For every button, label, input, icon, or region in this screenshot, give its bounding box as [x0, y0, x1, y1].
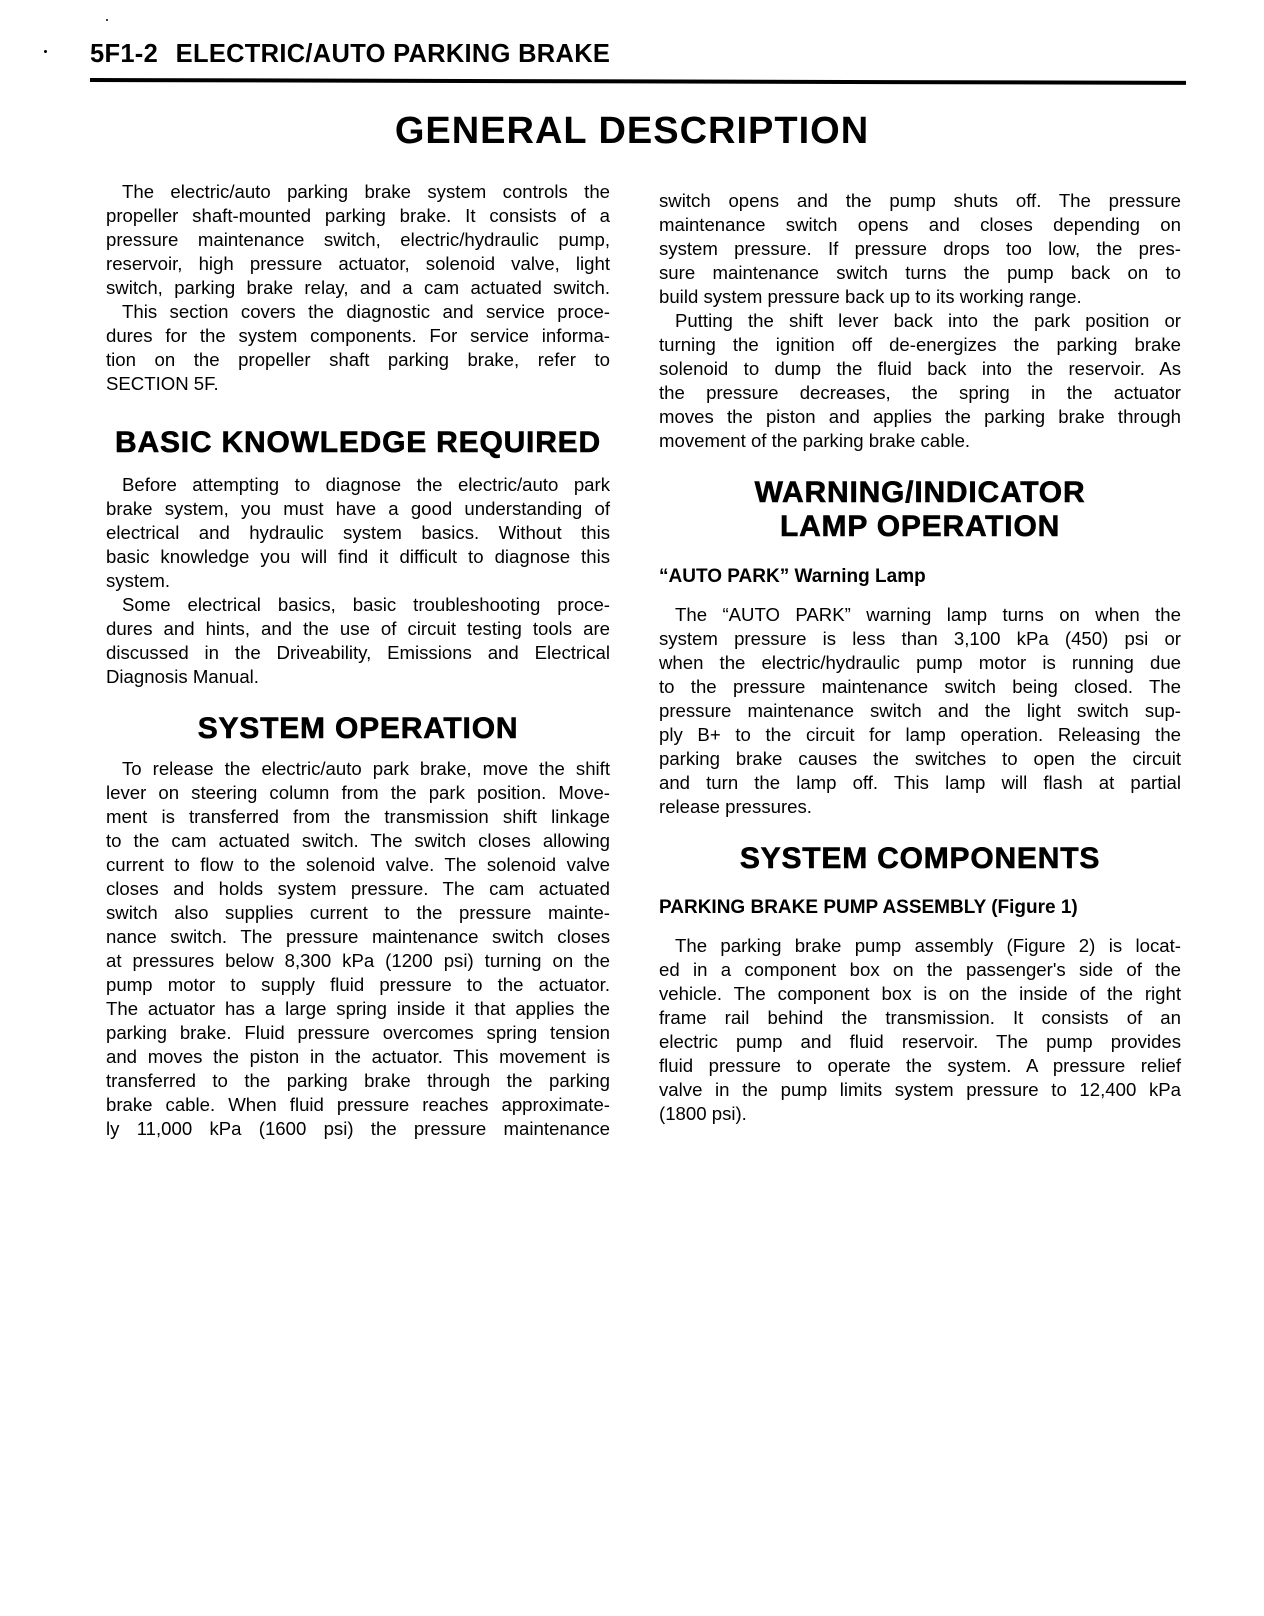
text-line: solenoid to dump the fluid back into the…	[659, 357, 1181, 381]
text-line: and moves the piston in the actuator. Th…	[106, 1045, 610, 1069]
warning-lamp-heading-line1: WARNING/INDICATOR	[659, 476, 1181, 510]
system-components-heading: SYSTEM COMPONENTS	[659, 842, 1181, 876]
page-number: 5F1-2	[90, 38, 158, 68]
text-line: fluid pressure to operate the system. A …	[659, 1054, 1181, 1078]
text-line: to the pressure maintenance switch being…	[659, 675, 1181, 699]
text-line: Some electrical basics, basic troublesho…	[106, 593, 610, 617]
text-line: vehicle. The component box is on the ins…	[659, 982, 1181, 1006]
text-line: reservoir, high pressure actuator, solen…	[106, 252, 610, 276]
warning-lamp-paragraph: The “AUTO PARK” warning lamp turns on wh…	[659, 603, 1181, 819]
text-line: lever on steering column from the park p…	[106, 781, 610, 805]
text-line: ed in a component box on the passenger's…	[659, 958, 1181, 982]
header-rule	[90, 78, 1186, 85]
text-line: Before attempting to diagnose the electr…	[106, 473, 610, 497]
text-line: valve in the pump limits system pressure…	[659, 1078, 1181, 1102]
text-line: SECTION 5F.	[106, 372, 610, 396]
text-line: electrical and hydraulic system basics. …	[106, 521, 610, 545]
text-line: Putting the shift lever back into the pa…	[659, 309, 1181, 333]
text-line: parking brake. Fluid pressure overcomes …	[106, 1021, 610, 1045]
basic-knowledge-heading: BASIC KNOWLEDGE REQUIRED	[106, 426, 610, 460]
text-line: nance switch. The pressure maintenance s…	[106, 925, 610, 949]
text-line: brake system, you must have a good under…	[106, 497, 610, 521]
system-operation-paragraph: To release the electric/auto park brake,…	[106, 757, 610, 1141]
text-line: switch, parking brake relay, and a cam a…	[106, 276, 610, 300]
text-line: turning the ignition off de-energizes th…	[659, 333, 1181, 357]
text-line: build system pressure back up to its wor…	[659, 285, 1181, 309]
text-line: sure maintenance switch turns the pump b…	[659, 261, 1181, 285]
system-operation-heading: SYSTEM OPERATION	[106, 712, 610, 746]
text-line: parking brake causes the switches to ope…	[659, 747, 1181, 771]
text-line: ment is transferred from the transmissio…	[106, 805, 610, 829]
text-line: at pressures below 8,300 kPa (1200 psi) …	[106, 949, 610, 973]
text-line: ly 11,000 kPa (1600 psi) the pressure ma…	[106, 1117, 610, 1141]
text-line: discussed in the Driveability, Emissions…	[106, 641, 610, 665]
text-line: release pressures.	[659, 795, 1181, 819]
text-line: maintenance switch opens and closes depe…	[659, 213, 1181, 237]
text-line: tion on the propeller shaft parking brak…	[106, 348, 610, 372]
text-line: switch opens and the pump shuts off. The…	[659, 189, 1181, 213]
text-line: ply B+ to the circuit for lamp operation…	[659, 723, 1181, 747]
text-line: The parking brake pump assembly (Figure …	[659, 934, 1181, 958]
text-line: moves the piston and applies the parking…	[659, 405, 1181, 429]
text-line: electric pump and fluid reservoir. The p…	[659, 1030, 1181, 1054]
text-line: pump motor to supply fluid pressure to t…	[106, 973, 610, 997]
text-line: movement of the parking brake cable.	[659, 429, 1181, 453]
text-line: switch also supplies current to the pres…	[106, 901, 610, 925]
text-line: The actuator has a large spring inside i…	[106, 997, 610, 1021]
running-header: 5F1-2ELECTRIC/AUTO PARKING BRAKE	[90, 38, 610, 69]
text-line: transferred to the parking brake through…	[106, 1069, 610, 1093]
system-operation-continued-paragraph: switch opens and the pump shuts off. The…	[659, 189, 1181, 453]
text-line: current to flow to the solenoid valve. T…	[106, 853, 610, 877]
text-line: basic knowledge you will find it difficu…	[106, 545, 610, 569]
text-line: and turn the lamp off. This lamp will fl…	[659, 771, 1181, 795]
text-line: to the cam actuated switch. The switch c…	[106, 829, 610, 853]
basic-knowledge-paragraph: Before attempting to diagnose the electr…	[106, 473, 610, 689]
text-line: pressure maintenance switch, electric/hy…	[106, 228, 610, 252]
text-line: frame rail behind the transmission. It c…	[659, 1006, 1181, 1030]
system-components-paragraph: The parking brake pump assembly (Figure …	[659, 934, 1181, 1126]
auto-park-subheading: “AUTO PARK” Warning Lamp	[659, 565, 926, 589]
text-line: closes and holds system pressure. The ca…	[106, 877, 610, 901]
text-line: propeller shaft-mounted parking brake. I…	[106, 204, 610, 228]
scan-speck	[44, 50, 47, 53]
page-title: GENERAL DESCRIPTION	[0, 110, 1264, 153]
text-line: (1800 psi).	[659, 1102, 1181, 1126]
scan-speck	[106, 19, 108, 21]
text-line: pressure maintenance switch and the ligh…	[659, 699, 1181, 723]
text-line: This section covers the diagnostic and s…	[106, 300, 610, 324]
text-line: when the electric/hydraulic pump motor i…	[659, 651, 1181, 675]
text-line: system pressure is less than 3,100 kPa (…	[659, 627, 1181, 651]
text-line: The electric/auto parking brake system c…	[106, 180, 610, 204]
text-line: dures and hints, and the use of circuit …	[106, 617, 610, 641]
text-line: system.	[106, 569, 610, 593]
text-line: To release the electric/auto park brake,…	[106, 757, 610, 781]
intro-paragraph: The electric/auto parking brake system c…	[106, 180, 610, 396]
pump-assembly-subheading: PARKING BRAKE PUMP ASSEMBLY (Figure 1)	[659, 896, 1078, 920]
text-line: dures for the system components. For ser…	[106, 324, 610, 348]
warning-lamp-heading-line2: LAMP OPERATION	[659, 510, 1181, 544]
text-line: Diagnosis Manual.	[106, 665, 610, 689]
text-line: The “AUTO PARK” warning lamp turns on wh…	[659, 603, 1181, 627]
text-line: the pressure decreases, the spring in th…	[659, 381, 1181, 405]
text-line: brake cable. When fluid pressure reaches…	[106, 1093, 610, 1117]
section-title: ELECTRIC/AUTO PARKING BRAKE	[176, 38, 611, 68]
text-line: system pressure. If pressure drops too l…	[659, 237, 1181, 261]
warning-lamp-heading: WARNING/INDICATOR LAMP OPERATION	[659, 476, 1181, 544]
